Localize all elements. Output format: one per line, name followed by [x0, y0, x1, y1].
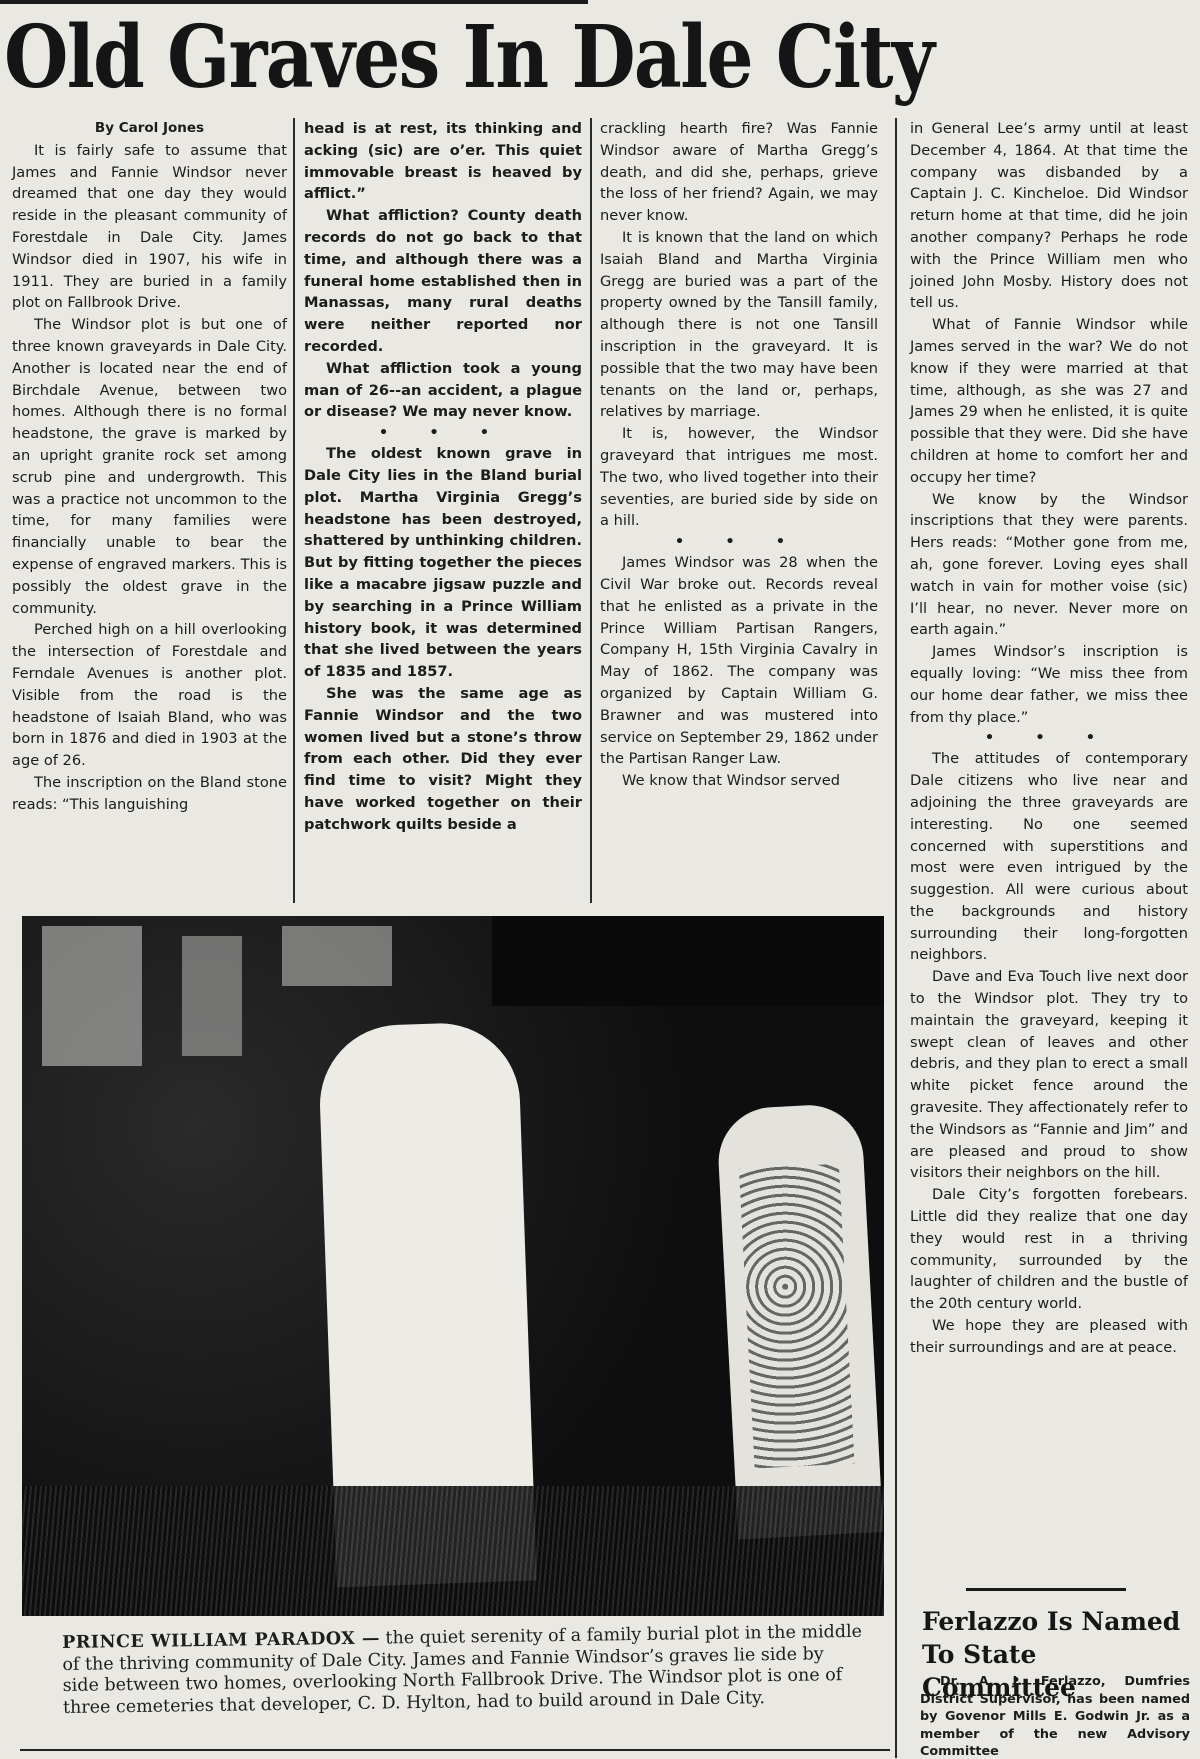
paragraph: The Windsor plot is but one of three kno… [12, 314, 287, 619]
house-window [182, 936, 242, 1056]
section-break-dots: • • • [304, 423, 582, 443]
headline: Old Graves In Dale City [4, 8, 1027, 108]
house-window [42, 926, 142, 1066]
paragraph: head is at rest, its thinking and acking… [304, 118, 582, 205]
paragraph: The attitudes of contemporary Dale citiz… [910, 748, 1188, 966]
paragraph: crackling hearth fire? Was Fannie Windso… [600, 118, 878, 227]
paragraph: What affliction? County death records do… [304, 205, 582, 358]
caption-lead: PRINCE WILLIAM PARADOX — [62, 1629, 380, 1653]
caption-rule [20, 1749, 890, 1751]
paragraph: Dave and Eva Touch live next door to the… [910, 966, 1188, 1184]
paragraph: Perched high on a hill overlooking the i… [12, 619, 287, 772]
section-break-dots: • • • [600, 532, 878, 552]
graves-photo [22, 916, 884, 1616]
column-rule [590, 118, 592, 903]
house-roof [492, 916, 884, 1006]
grass [22, 1486, 884, 1616]
sidebar-story-body: Dr. A. J. Ferlazzo, Dumfries District Su… [920, 1673, 1190, 1759]
paragraph: Dr. A. J. Ferlazzo, Dumfries District Su… [920, 1673, 1190, 1759]
paragraph: in General Lee’s army until at least Dec… [910, 118, 1188, 314]
paragraph: It is fairly safe to assume that James a… [12, 140, 287, 314]
paragraph: She was the same age as Fannie Windsor a… [304, 683, 582, 836]
photo-caption: PRINCE WILLIAM PARADOX — the quiet seren… [62, 1622, 863, 1719]
headstone-right [716, 1103, 883, 1540]
paragraph: We hope they are pleased with their surr… [910, 1315, 1188, 1359]
paragraph: What of Fannie Windsor while James serve… [910, 314, 1188, 488]
paragraph: Dale City’s forgotten forebears. Little … [910, 1184, 1188, 1315]
column-2: head is at rest, its thinking and acking… [304, 118, 582, 836]
house-window [282, 926, 392, 986]
paragraph: What affliction took a young man of 26--… [304, 358, 582, 423]
paragraph: We know that Windsor served [600, 770, 878, 792]
column-3: crackling hearth fire? Was Fannie Windso… [600, 118, 878, 792]
paragraph: It is, however, the Windsor graveyard th… [600, 423, 878, 532]
paragraph: We know by the Windsor inscriptions that… [910, 489, 1188, 642]
byline: By Carol Jones [12, 118, 287, 140]
top-rule [0, 0, 588, 4]
column-rule [293, 118, 295, 903]
paragraph: The inscription on the Bland stone reads… [12, 772, 287, 816]
paragraph: The oldest known grave in Dale City lies… [304, 443, 582, 683]
column-4: in General Lee’s army until at least Dec… [910, 118, 1188, 1359]
story-separator-rule [966, 1588, 1126, 1591]
column-rule [895, 118, 897, 1758]
column-1: By Carol Jones It is fairly safe to assu… [12, 118, 287, 816]
section-break-dots: • • • [910, 728, 1188, 748]
paragraph: James Windsor was 28 when the Civil War … [600, 552, 878, 770]
paragraph: It is known that the land on which Isaia… [600, 227, 878, 423]
paragraph: James Windsor’s inscription is equally l… [910, 641, 1188, 728]
